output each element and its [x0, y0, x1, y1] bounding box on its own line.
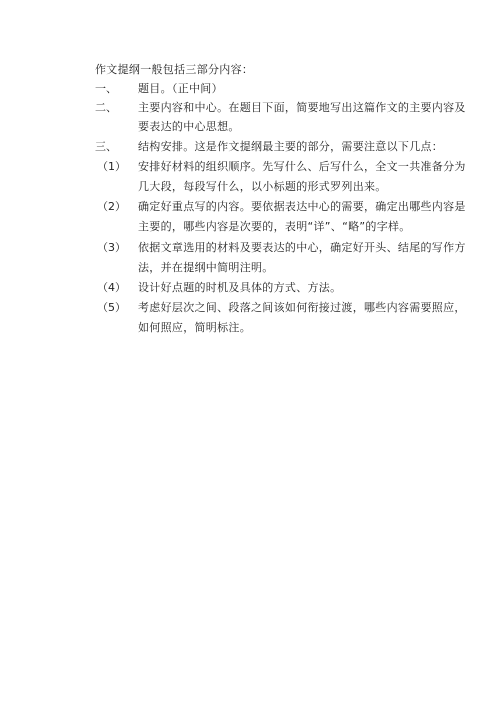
section-3-line-1: 结构安排。这是作文提纲最主要的部分，需要注意以下几点：: [138, 140, 443, 154]
point-5-line-2: 如何照应，简明标注。: [138, 321, 251, 335]
point-3-line-2: 法，并在提纲中简明注明。: [138, 261, 274, 275]
point-4-line-1: 设计好点题的时机及具体的方式、方法。: [138, 281, 341, 295]
document-page: 作文提纲一般包括三部分内容： 一、 题目。（正中间） 二、 主要内容和中心。在题…: [0, 0, 500, 707]
section-2-line-2: 要表达的中心思想。: [138, 120, 240, 134]
section-marker-2: 二、: [95, 101, 117, 115]
section-marker-3: 三、: [95, 140, 117, 154]
point-marker-1: （1）: [97, 160, 126, 174]
point-marker-4: （4）: [97, 281, 126, 295]
point-marker-5: （5）: [97, 301, 126, 315]
section-2-line-1: 主要内容和中心。在题目下面，简要地写出这篇作文的主要内容及: [138, 101, 466, 115]
point-2-line-2: 主要的，哪些内容是次要的，表明“详”、“略”的字样。: [138, 220, 411, 234]
intro-text: 作文提纲一般包括三部分内容：: [95, 63, 253, 77]
point-1-line-2: 几大段，每段写什么，以小标题的形式罗列出来。: [138, 180, 387, 194]
section-1-line-1: 题目。（正中间）: [138, 82, 223, 96]
point-marker-2: （2）: [97, 200, 126, 214]
section-marker-1: 一、: [95, 82, 117, 96]
point-1-line-1: 安排好材料的组织顺序。先写什么、后写什么，全文一共准备分为: [138, 160, 466, 174]
point-2-line-1: 确定好重点写的内容。要依据表达中心的需要，确定出哪些内容是: [138, 200, 466, 214]
point-5-line-1: 考虑好层次之间、段落之间该如何衔接过渡，哪些内容需要照应，: [138, 301, 466, 315]
point-3-line-1: 依据文章选用的材料及要表达的中心，确定好开头、结尾的写作方: [138, 241, 466, 255]
point-marker-3: （3）: [97, 241, 126, 255]
